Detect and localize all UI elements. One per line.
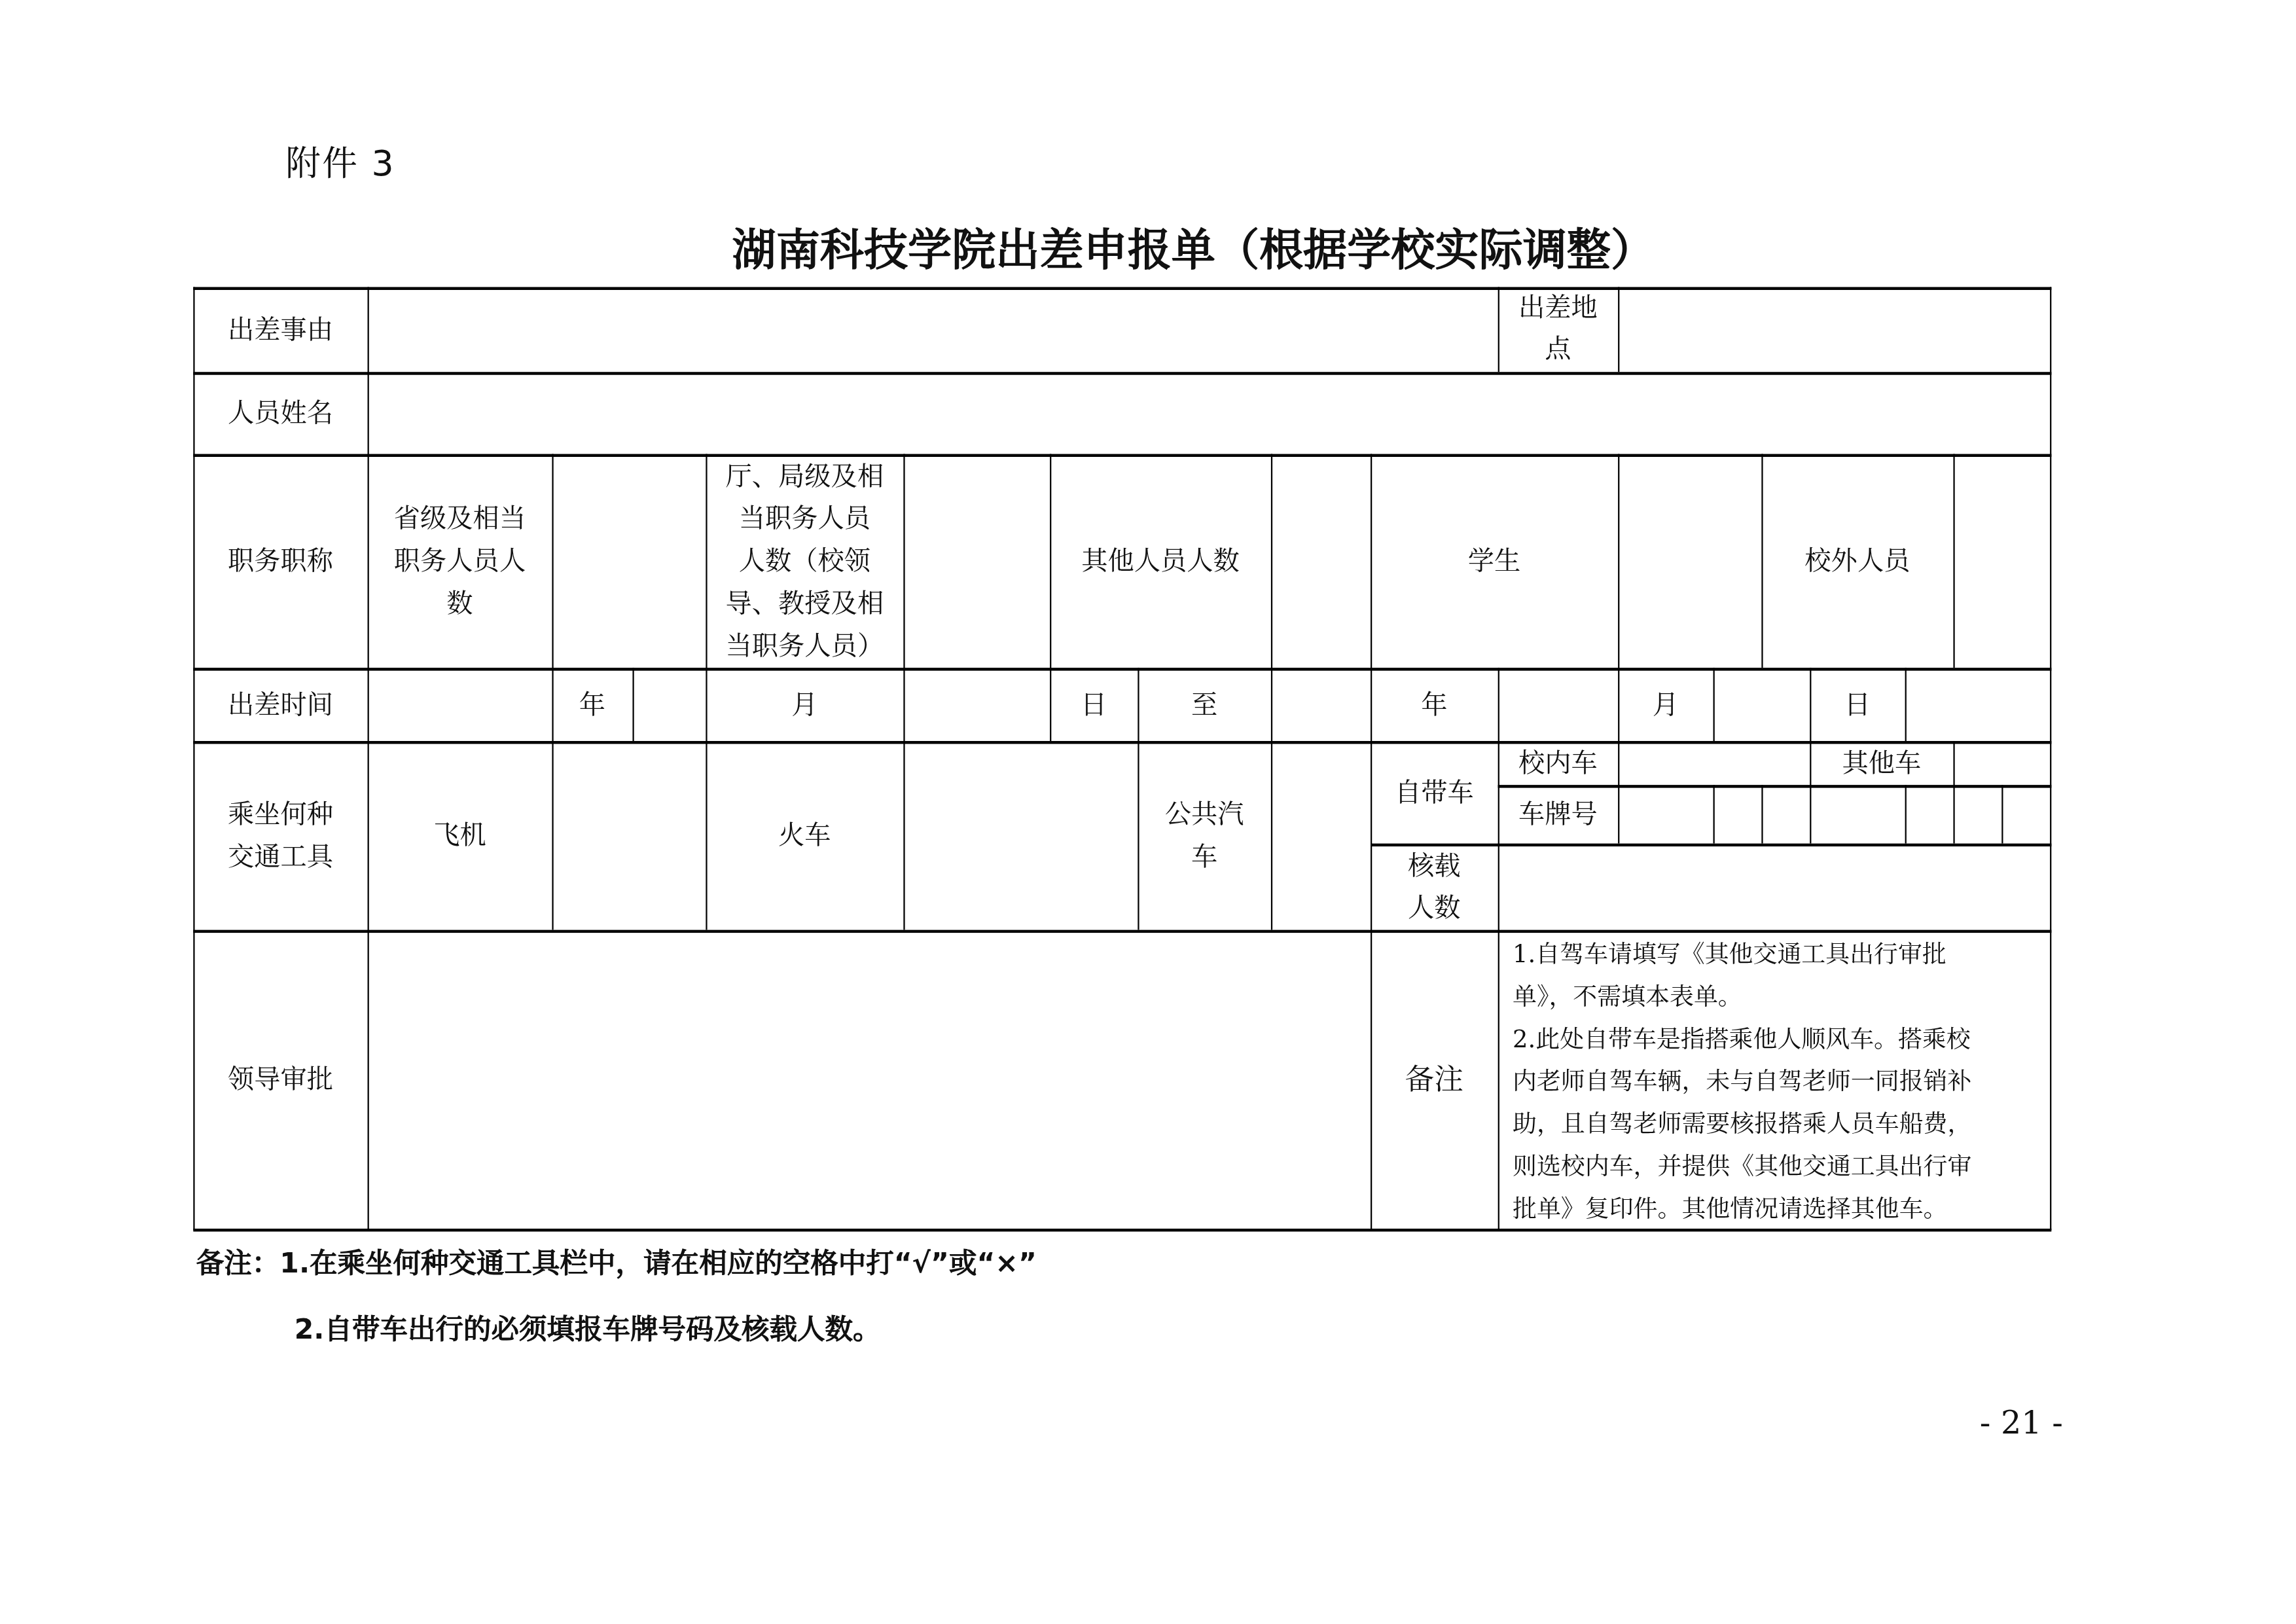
start-year-field[interactable]	[369, 671, 550, 740]
plate-char-field[interactable]	[1955, 788, 2000, 842]
plate-label: 车牌号	[1498, 785, 1618, 843]
provincial-label-line: 数	[446, 582, 473, 624]
plate-char-field[interactable]	[2003, 788, 2048, 842]
plate-char-field[interactable]	[1907, 788, 1952, 842]
department-label-line: 当职务人员）	[726, 624, 884, 667]
plate-char-field[interactable]	[1763, 788, 1808, 842]
start-year-unit: 年	[552, 668, 632, 741]
provincial-label-line: 省级及相当	[394, 497, 526, 540]
other-car-checkbox-cell[interactable]	[1955, 744, 2049, 783]
remarks-line: 批单》复印件。其他情况请选择其他车。	[1513, 1187, 2043, 1230]
provincial-label: 省级及相当 职务人员人 数	[368, 454, 552, 668]
footnote-2: 2.自带车出行的必须填报车牌号码及核载人数。	[295, 1308, 881, 1347]
school-car-label: 校内车	[1498, 741, 1618, 785]
destination-label-line: 点	[1545, 329, 1571, 370]
travel-application-table: 出差事由 出差地 点 人员姓名 职务职称 省级及相当 职务人员人 数 厅、局级及…	[0, 0, 2296, 1624]
remarks-label: 备注	[1371, 930, 1498, 1229]
bus-label-line: 车	[1191, 835, 1217, 878]
remarks-line: 1.自驾车请填写《其他交通工具出行审批	[1513, 933, 2043, 975]
to-label: 至	[1138, 668, 1271, 741]
end-month-unit: 月	[1618, 668, 1713, 741]
remarks-line: 单》，不需填本表单。	[1513, 975, 2043, 1018]
remarks-line: 2.此处自带车是指搭乘他人顺风车。搭乘校	[1513, 1018, 2043, 1060]
end-day-unit: 日	[1810, 668, 1905, 741]
plane-checkbox-cell[interactable]	[554, 744, 704, 928]
destination-label-line: 出差地	[1518, 289, 1598, 330]
document-page: 附件 3 湖南科技学院出差申报单（根据学校实际调整）	[0, 0, 2296, 1624]
capacity-label-line: 人数	[1408, 887, 1461, 929]
bus-label: 公共汽 车	[1138, 741, 1271, 930]
transport-label-line: 乘坐何种	[228, 793, 333, 835]
names-label: 人员姓名	[193, 372, 367, 454]
remarks-line: 助，且自驾老师需要核报搭乘人员车船费，	[1513, 1103, 2043, 1146]
bus-checkbox-cell[interactable]	[1272, 744, 1369, 928]
provincial-label-line: 职务人员人	[394, 539, 526, 582]
start-day-field[interactable]	[905, 671, 1049, 740]
capacity-label-line: 核载	[1408, 844, 1461, 887]
start-day-unit: 日	[1050, 668, 1138, 741]
capacity-field[interactable]	[1499, 846, 2049, 928]
end-year-unit: 年	[1371, 668, 1498, 741]
remarks-line: 内老师自驾车辆，未与自驾老师一同报销补	[1513, 1060, 2043, 1103]
transport-label-line: 交通工具	[228, 835, 333, 878]
bus-label-line: 公共汽	[1165, 793, 1244, 835]
department-label-line: 厅、局级及相	[726, 455, 884, 497]
destination-label: 出差地 点	[1498, 287, 1618, 372]
transport-label: 乘坐何种 交通工具	[193, 741, 367, 930]
end-day-field[interactable]	[1715, 671, 1808, 740]
approval-label: 领导审批	[193, 930, 367, 1229]
time-label: 出差时间	[193, 668, 367, 741]
remarks-line: 则选校内车，并提供《其他交通工具出行审	[1513, 1145, 2043, 1187]
other-car-label: 其他车	[1810, 741, 1953, 785]
plane-label: 飞机	[368, 741, 552, 930]
reason-field[interactable]	[369, 290, 1497, 370]
position-label: 职务职称	[193, 454, 367, 668]
reason-label: 出差事由	[193, 287, 367, 372]
department-count-field[interactable]	[905, 457, 1049, 666]
other-staff-count-field[interactable]	[1272, 457, 1369, 666]
plate-char-field[interactable]	[1811, 788, 1903, 842]
destination-field[interactable]	[1619, 290, 2048, 370]
start-month-unit: 月	[706, 668, 903, 741]
plate-char-field[interactable]	[1619, 788, 1712, 842]
department-label-line: 人数（校领	[739, 539, 870, 582]
other-staff-label: 其他人员人数	[1050, 454, 1271, 668]
approval-field[interactable]	[369, 933, 1369, 1227]
end-month-field[interactable]	[1499, 671, 1617, 740]
external-label: 校外人员	[1761, 454, 1953, 668]
train-label: 火车	[706, 741, 903, 930]
student-label: 学生	[1371, 454, 1618, 668]
end-extra-field[interactable]	[1907, 671, 2049, 740]
provincial-count-field[interactable]	[554, 457, 704, 666]
department-label: 厅、局级及相 当职务人员 人数（校领 导、教授及相 当职务人员）	[706, 454, 903, 668]
end-year-field[interactable]	[1272, 671, 1369, 740]
page-number: - 21 -	[1980, 1406, 2063, 1443]
department-label-line: 导、教授及相	[726, 582, 884, 624]
names-field[interactable]	[369, 375, 2049, 453]
own-car-label: 自带车	[1371, 741, 1498, 844]
department-label-line: 当职务人员	[739, 497, 870, 540]
train-checkbox-cell[interactable]	[905, 744, 1136, 928]
remarks-text: 1.自驾车请填写《其他交通工具出行审批 单》，不需填本表单。 2.此处自带车是指…	[1498, 930, 2052, 1229]
capacity-label: 核载 人数	[1371, 844, 1498, 930]
school-car-checkbox-cell[interactable]	[1619, 744, 1808, 783]
footnote-1: 备注：1.在乘坐何种交通工具栏中，请在相应的空格中打“√”或“×”	[196, 1242, 1037, 1281]
student-count-field[interactable]	[1619, 457, 1760, 666]
external-count-field[interactable]	[1955, 457, 2049, 666]
plate-char-field[interactable]	[1715, 788, 1760, 842]
start-month-field[interactable]	[634, 671, 704, 740]
